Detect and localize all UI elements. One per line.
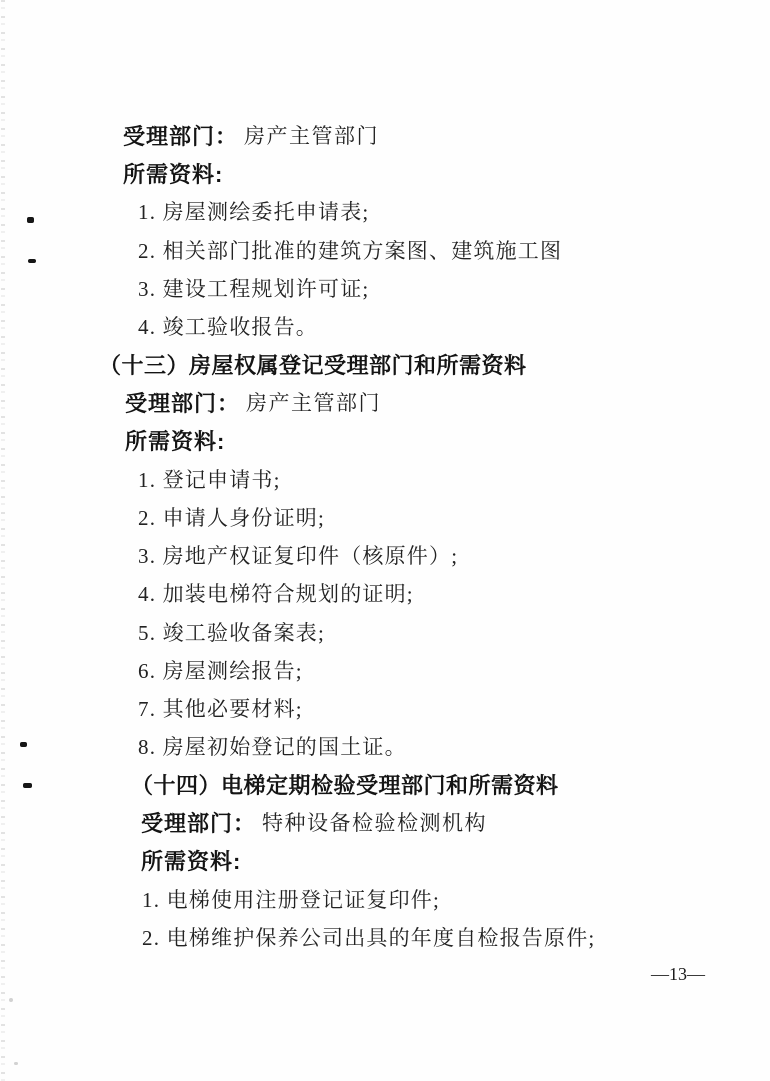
list-item: 2. 电梯维护保养公司出具的年度自检报告原件;	[142, 918, 770, 956]
list-item: 3. 建设工程规划许可证;	[138, 269, 770, 307]
materials-line: 所需资料:	[125, 422, 770, 460]
dept-value: 特种设备检验检测机构	[262, 807, 487, 837]
materials-line: 所需资料:	[141, 842, 770, 880]
list-item: 8. 房屋初始登记的国土证。	[138, 727, 770, 765]
dept-value: 房产主管部门	[244, 120, 379, 150]
section14-heading: （十四）电梯定期检验受理部门和所需资料	[131, 765, 770, 803]
document-body: 受理部门： 房产主管部门 所需资料: 1. 房屋测绘委托申请表; 2. 相关部门…	[0, 116, 770, 956]
list-item: 1. 登记申请书;	[138, 460, 770, 498]
dept-line: 受理部门： 房产主管部门	[125, 383, 770, 421]
materials-line: 所需资料:	[123, 154, 770, 192]
page-number: —13—	[651, 964, 705, 985]
scan-speck	[14, 1062, 18, 1065]
list-item: 1. 房屋测绘委托申请表;	[138, 192, 770, 230]
section13-heading: （十三）房屋权属登记受理部门和所需资料	[99, 345, 770, 383]
dept-value: 房产主管部门	[246, 387, 381, 417]
list-item: 5. 竣工验收备案表;	[138, 612, 770, 650]
document-page: 受理部门： 房产主管部门 所需资料: 1. 房屋测绘委托申请表; 2. 相关部门…	[0, 0, 770, 1081]
dept-label: 受理部门：	[123, 120, 238, 151]
materials-label: 所需资料:	[125, 425, 225, 456]
scan-speck	[9, 998, 13, 1002]
list-item: 2. 申请人身份证明;	[138, 498, 770, 536]
list-item: 3. 房地产权证复印件（核原件）;	[138, 536, 770, 574]
dept-label: 受理部门：	[125, 387, 240, 418]
list-item: 4. 竣工验收报告。	[138, 307, 770, 345]
list-item: 2. 相关部门批准的建筑方案图、建筑施工图	[138, 231, 770, 269]
dept-line: 受理部门： 特种设备检验检测机构	[141, 803, 770, 841]
list-item: 6. 房屋测绘报告;	[138, 651, 770, 689]
dept-line: 受理部门： 房产主管部门	[123, 116, 770, 154]
materials-label: 所需资料:	[123, 158, 223, 189]
list-item: 4. 加装电梯符合规划的证明;	[138, 574, 770, 612]
dept-label: 受理部门：	[141, 807, 256, 838]
materials-label: 所需资料:	[141, 845, 241, 876]
list-item: 7. 其他必要材料;	[138, 689, 770, 727]
list-item: 1. 电梯使用注册登记证复印件;	[142, 880, 770, 918]
